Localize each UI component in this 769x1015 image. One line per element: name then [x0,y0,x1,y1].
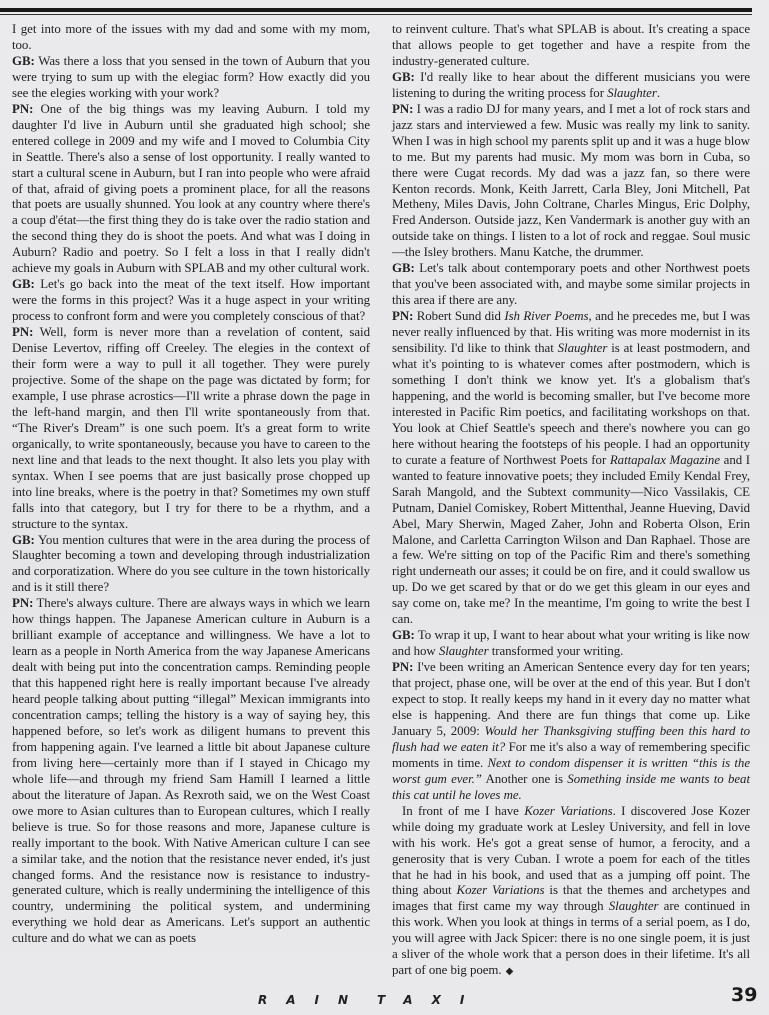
magazine-name-footer: RAINTAXI [258,993,483,1007]
paragraph: GB: To wrap it up, I want to hear about … [392,628,750,660]
paragraph: PN: There's always culture. There are al… [12,596,370,947]
italic-title-text: Ish River Poems, [504,309,591,323]
paragraph: GB: Let's talk about contemporary poets … [392,261,750,309]
speaker-label: PN: [392,660,413,674]
speaker-label: GB: [392,628,415,642]
paragraph: PN: One of the big things was my leaving… [12,102,370,277]
body-text: I was a radio DJ for many years, and I m… [392,102,750,260]
speaker-label: GB: [12,533,35,547]
italic-title-text: Kozer Variations [524,804,612,818]
speaker-label: PN: [12,325,33,339]
body-text: Was there a loss that you sensed in the … [12,54,370,100]
paragraph: PN: I've been writing an American Senten… [392,660,750,804]
paragraph: GB: Was there a loss that you sensed in … [12,54,370,102]
speaker-label: GB: [392,70,415,84]
body-text: to reinvent culture. That's what SPLAB i… [392,22,750,68]
body-text: I get into more of the issues with my da… [12,22,370,52]
italic-title-text: Slaughter [607,86,657,100]
magazine-page: I get into more of the issues with my da… [0,0,769,1015]
italic-title-text: Rattapalax Magazine [610,453,720,467]
paragraph: PN: I was a radio DJ for many years, and… [392,102,750,262]
italic-title-text: Slaughter [439,644,489,658]
magazine-word-rain: RAIN [258,993,367,1007]
right-column: to reinvent culture. That's what SPLAB i… [392,22,750,980]
body-text: . [657,86,660,100]
magazine-word-taxi: TAXI [377,993,483,1007]
speaker-label: PN: [12,596,33,610]
header-rule-thin [0,14,752,15]
paragraph: GB: I'd really like to hear about the di… [392,70,750,102]
body-text: I'd really like to hear about the differ… [392,70,750,100]
body-text: You mention cultures that were in the ar… [12,533,370,595]
body-text: Let's talk about contemporary poets and … [392,261,750,307]
speaker-label: PN: [12,102,33,116]
speaker-label: GB: [12,54,35,68]
body-text: Robert Sund did [413,309,504,323]
paragraph: PN: Well, form is never more than a reve… [12,325,370,532]
paragraph: I get into more of the issues with my da… [12,22,370,54]
page-number: 39 [731,984,757,1006]
paragraph: In front of me I have Kozer Variations. … [392,804,750,980]
left-column: I get into more of the issues with my da… [12,22,370,947]
body-text: and I wanted to feature innovative poets… [392,453,750,627]
body-text: There's always culture. There are always… [12,596,370,945]
italic-title-text: Slaughter [609,899,659,913]
body-text: Well, form is never more than a revelati… [12,325,370,530]
paragraph: PN: Robert Sund did Ish River Poems, and… [392,309,750,628]
paragraph: GB: You mention cultures that were in th… [12,533,370,597]
header-rule-thick [0,8,752,12]
body-text: Another one is [482,772,567,786]
italic-title-text: Slaughter [558,341,608,355]
paragraph: to reinvent culture. That's what SPLAB i… [392,22,750,70]
paragraph: GB: Let's go back into the meat of the t… [12,277,370,325]
speaker-label: GB: [392,261,415,275]
speaker-label: PN: [392,102,413,116]
speaker-label: PN: [392,309,413,323]
body-text: transformed your writing. [489,644,624,658]
italic-title-text: Kozer Variations [457,883,545,897]
body-text: One of the big things was my leaving Aub… [12,102,370,276]
end-of-article-diamond-icon: ◆ [506,966,514,977]
body-text: is at least postmodern, and what it's po… [392,341,750,467]
body-text: In front of me I have [402,804,524,818]
body-text: Let's go back into the meat of the text … [12,277,370,323]
speaker-label: GB: [12,277,35,291]
